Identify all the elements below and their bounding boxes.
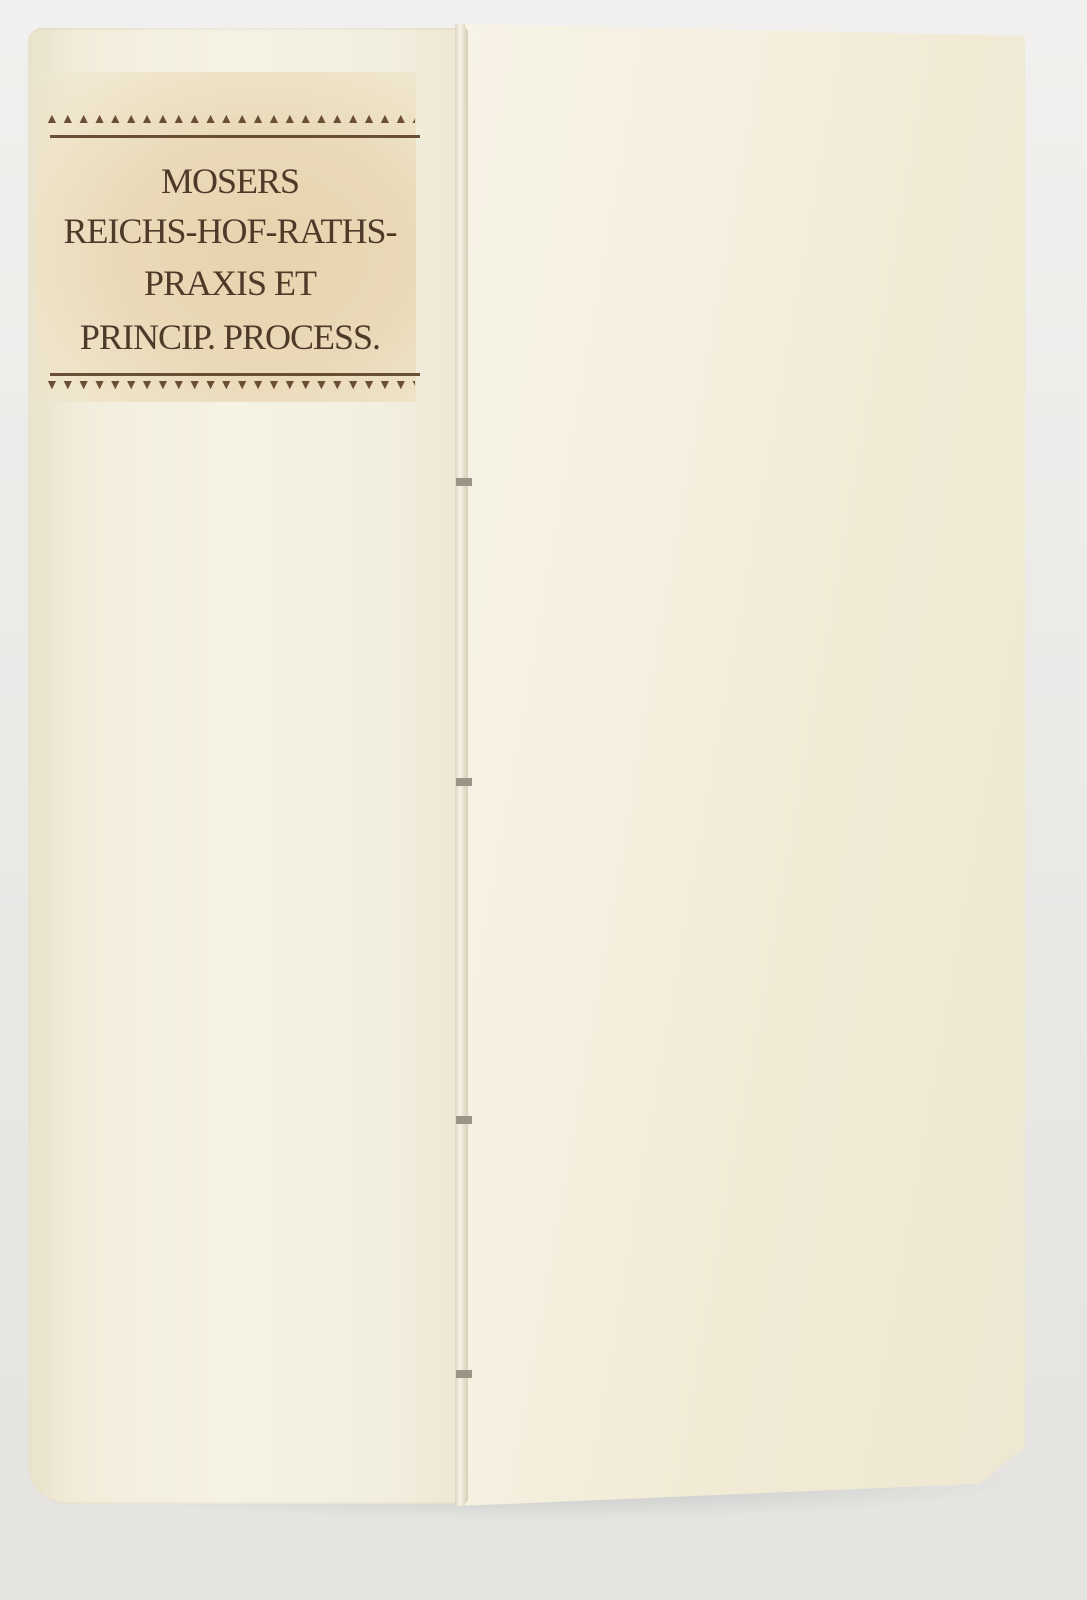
label-bottom-ornament: ▼▼▼▼▼▼▼▼▼▼▼▼▼▼▼▼▼▼▼▼▼▼▼▼▼▼▼▼▼▼ — [45, 378, 415, 392]
label-line-2: REICHS-HOF-RATHS- — [40, 210, 420, 252]
spine-tie-3 — [456, 1116, 472, 1124]
spine-joint — [455, 24, 465, 1506]
book-front-cover — [460, 24, 1025, 1506]
label-top-ornament: ▲▲▲▲▲▲▲▲▲▲▲▲▲▲▲▲▲▲▲▲▲▲▲▲▲▲▲▲▲▲ — [45, 112, 415, 126]
label-line-1: MOSERS — [40, 160, 420, 202]
spine-tie-2 — [456, 778, 472, 786]
spine-tie-4 — [456, 1370, 472, 1378]
label-line-3: PRAXIS ET — [40, 262, 420, 304]
label-line-4: PRINCIP. PROCESS. — [40, 316, 420, 358]
spine-tie-1 — [456, 478, 472, 486]
